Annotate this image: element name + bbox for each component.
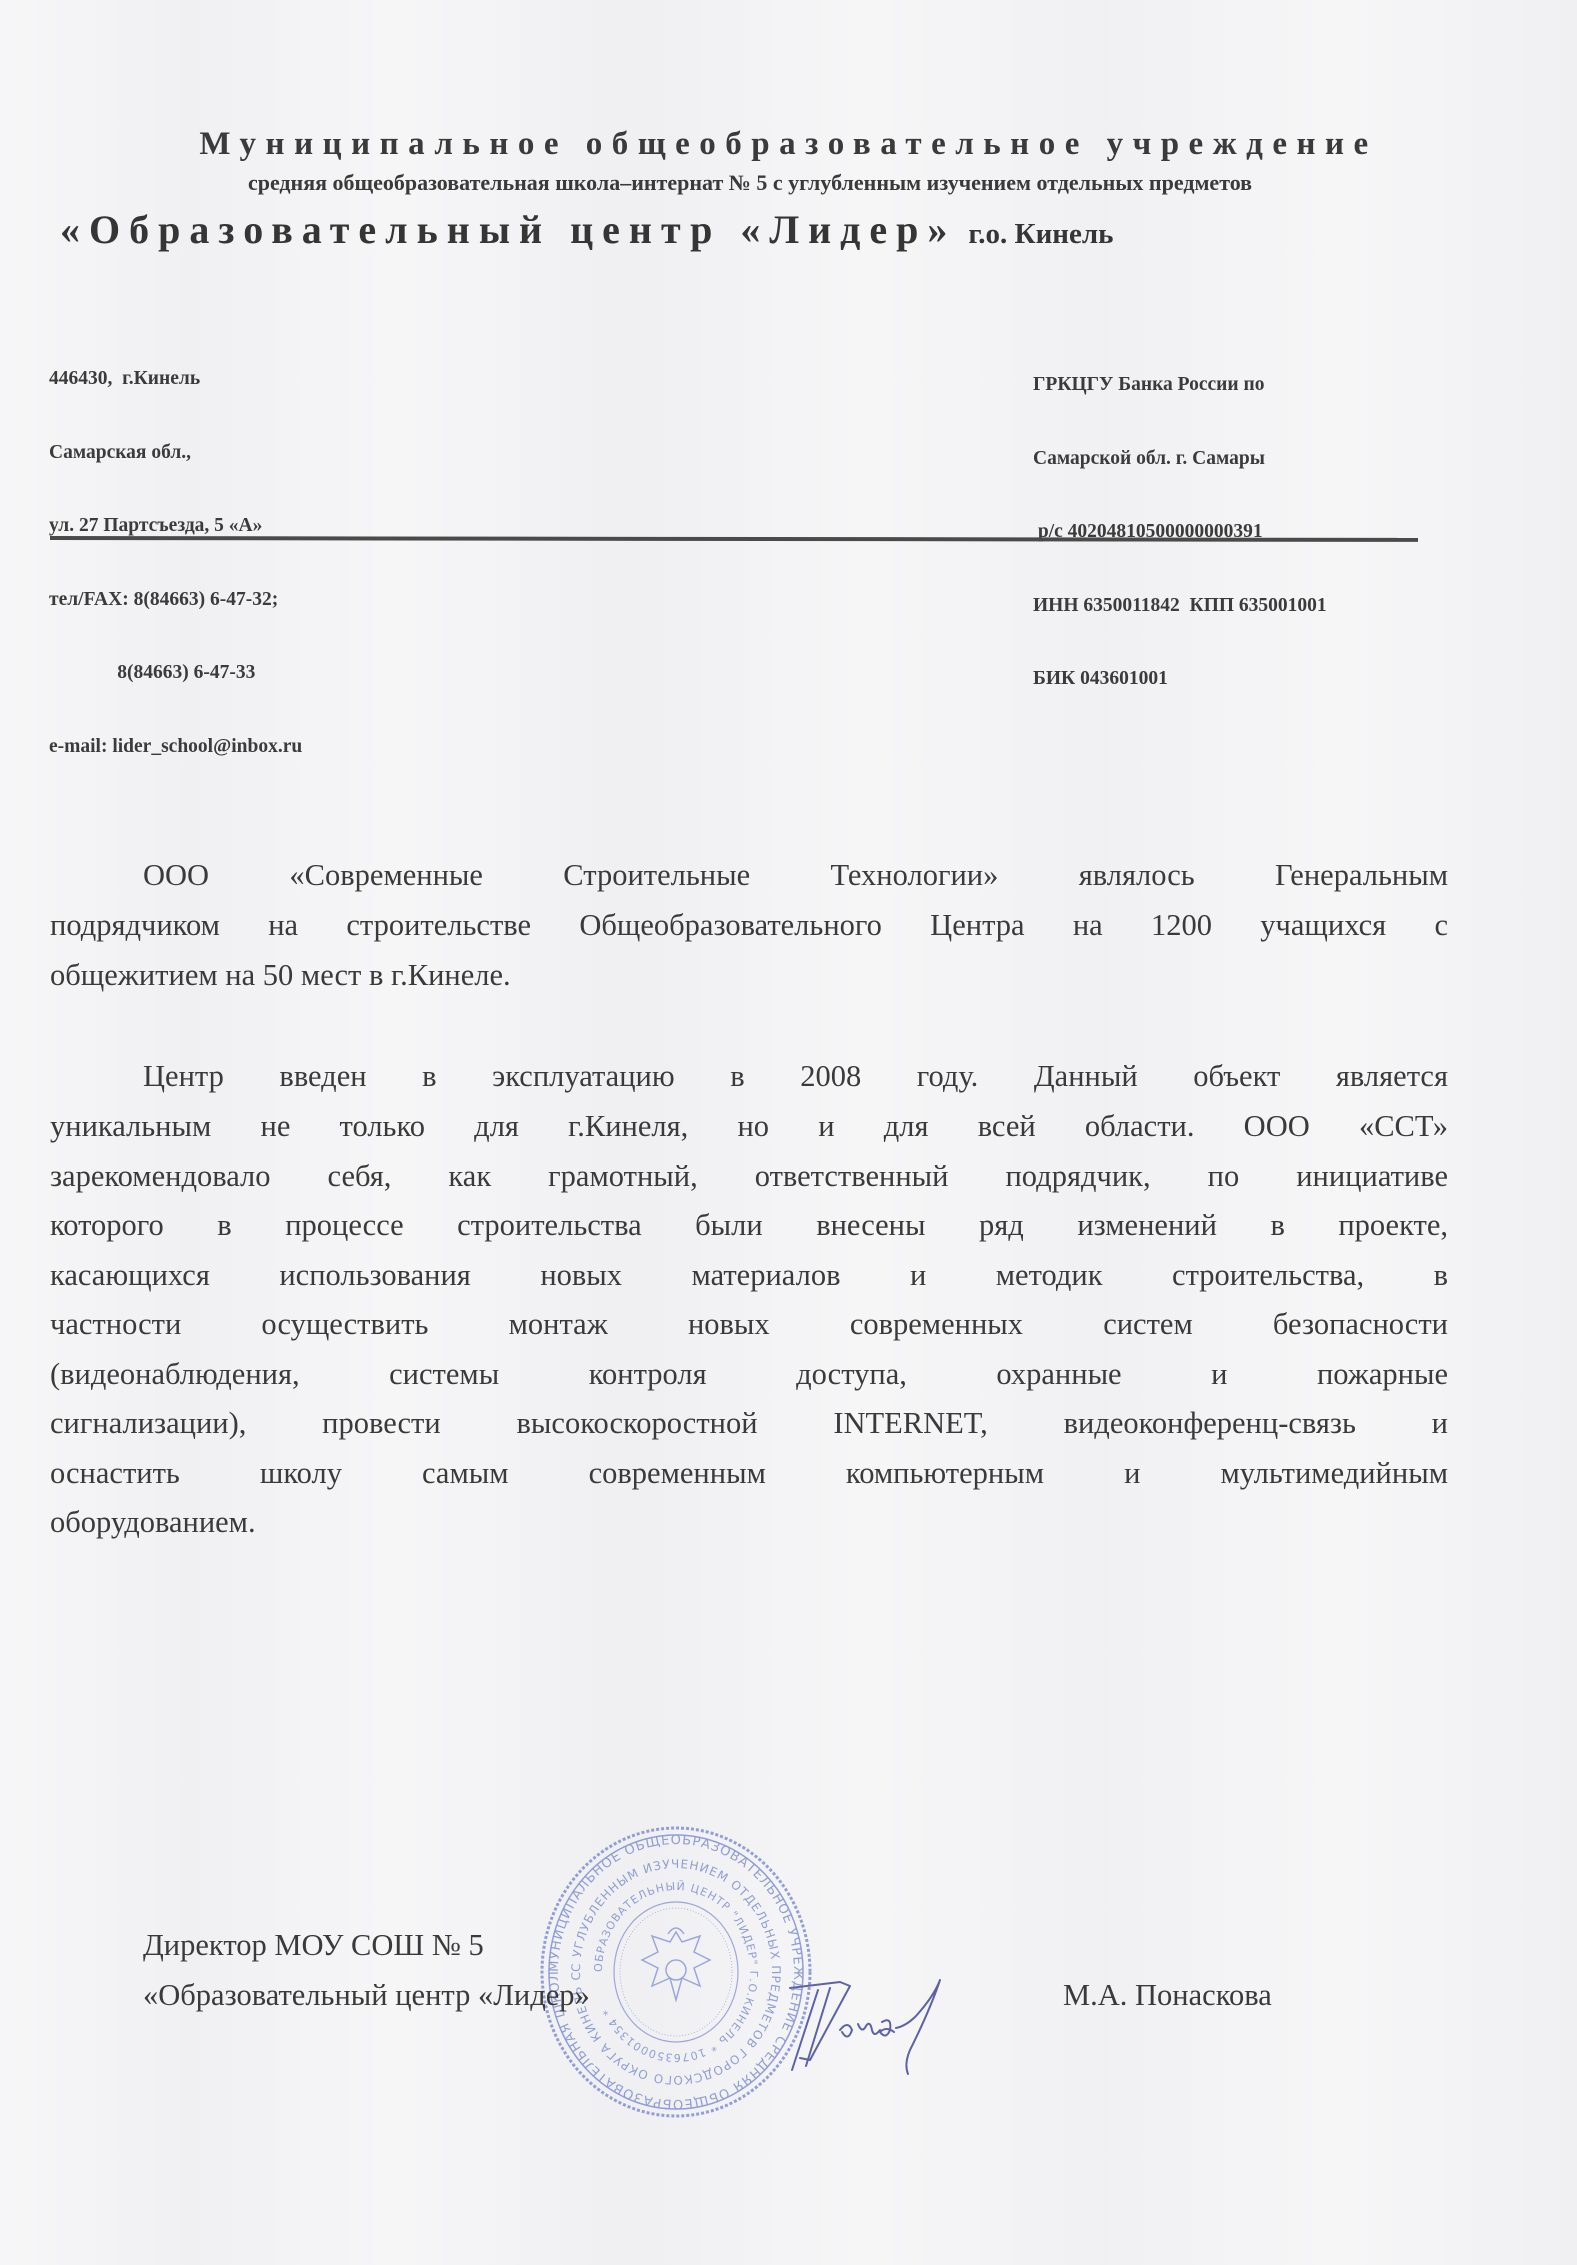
text-line: оснастить школу самым современным компью… — [50, 1456, 1448, 1506]
address-phone: тел/FAX: 8(84663) 6-47-32; — [49, 588, 302, 613]
bank-line: ГРКЦГУ Банка России по — [1033, 373, 1327, 398]
letterhead-school-name: «Образовательный центр «Лидер»г.о. Кинел… — [60, 206, 1113, 253]
school-name: «Образовательный центр «Лидер» — [60, 207, 956, 252]
letterhead-school-description: средняя общеобразовательная школа–интерн… — [50, 170, 1450, 196]
school-city: г.о. Кинель — [968, 218, 1113, 250]
text-line: ООО «Современные Строительные Технологии… — [143, 858, 1448, 908]
text-line: подрядчиком на строительстве Общеобразов… — [50, 908, 1448, 958]
signatory-organization: «Образовательный центр «Лидер» — [143, 1978, 590, 2013]
body-paragraph-2: Центр введен в эксплуатацию в 2008 году.… — [143, 1059, 1448, 1109]
body-paragraph-1-cont: подрядчиком на строительстве Общеобразов… — [50, 908, 1448, 1007]
body-paragraph-2-cont: уникальным не только для г.Кинеля, но и … — [50, 1109, 1448, 1555]
address-phone: 8(84663) 6-47-33 — [49, 661, 302, 686]
bank-bik: БИК 043601001 — [1033, 667, 1327, 692]
text-line: частности осуществить монтаж новых совре… — [50, 1307, 1448, 1357]
address-line: Самарская обл., — [49, 441, 302, 466]
bank-inn-kpp: ИНН 6350011842 КПП 635001001 — [1033, 594, 1327, 619]
svg-text:ОБРАЗОВАТЕЛЬНЫЙ ЦЕНТР "ЛИДЕР": ОБРАЗОВАТЕЛЬНЫЙ ЦЕНТР "ЛИДЕР" Г.О.КИНЕЛЬ… — [592, 1880, 760, 2064]
text-line: общежитием на 50 мест в г.Кинеле. — [50, 958, 1448, 1008]
body-paragraph-1: ООО «Современные Строительные Технологии… — [143, 858, 1448, 908]
bank-line: Самарской обл. г. Самары — [1033, 447, 1327, 472]
address-line: 446430, г.Кинель — [49, 367, 302, 392]
letterhead-institution-type: Муниципальное общеобразовательное учрежд… — [0, 126, 1577, 163]
text-line: касающихся использования новых материало… — [50, 1258, 1448, 1308]
letterhead-bank-details: ГРКЦГУ Банка России по Самарской обл. г.… — [1033, 324, 1327, 741]
text-line: которого в процессе строительства были в… — [50, 1208, 1448, 1258]
text-line: (видеонаблюдения, системы контроля досту… — [50, 1357, 1448, 1407]
text-line: сигнализации), провести высокоскоростной… — [50, 1406, 1448, 1456]
letterhead-address: 446430, г.Кинель Самарская обл., ул. 27 … — [49, 318, 302, 808]
signature-icon — [770, 1960, 990, 2080]
text-line: Центр введен в эксплуатацию в 2008 году.… — [143, 1059, 1448, 1109]
signatory-title: Директор МОУ СОШ № 5 — [143, 1928, 484, 1963]
text-line: уникальным не только для г.Кинеля, но и … — [50, 1109, 1448, 1159]
signatory-name: М.А. Понаскова — [1063, 1978, 1272, 2013]
text-line: оборудованием. — [50, 1505, 1448, 1555]
address-email: e-mail: lider_school@inbox.ru — [49, 735, 302, 760]
letter-page: Муниципальное общеобразовательное учрежд… — [0, 0, 1577, 2265]
address-line: ул. 27 Партсъезда, 5 «А» — [49, 514, 302, 539]
text-line: зарекомендовало себя, как грамотный, отв… — [50, 1159, 1448, 1209]
